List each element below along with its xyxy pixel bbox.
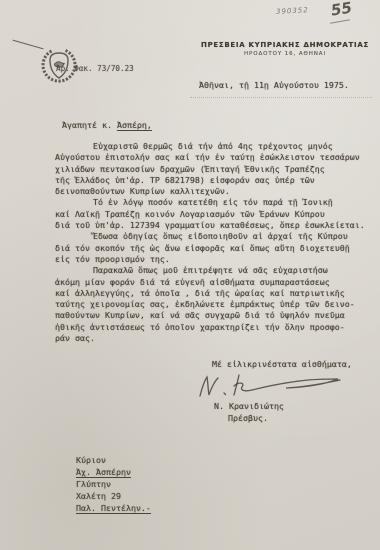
body-line: Αὐγούστου ἐπιστολήν σας καί τήν ἐν ταύτῃ… (55, 152, 370, 163)
body-line: Ἔδωσα ὁδηγίας ὅπως εἰδοποιηθοῦν αἱ ἀρχαί… (55, 231, 370, 242)
address-line: Ἀχ. Ἀσπέρην (76, 466, 151, 478)
signer-name: Ν. Κρανιδιώτης (214, 401, 284, 411)
body-line: Παρακαλῶ ὅπως μοῦ ἐπιτρέψητε νά σᾶς εὐχα… (55, 265, 370, 276)
page-number: 55 (330, 0, 353, 20)
body-line: χιλιάδων πεντακοσίων δραχμῶν (Ἐπιταγή Ἐθ… (55, 164, 370, 175)
scanned-letter-page: 390352 55 ΠΡΕΣΒΕΙΑ ΚΥΠΡΙΑΚΗΣ ΔΗΜΟΚΡΑΤΙΑΣ… (0, 0, 380, 550)
body-line: τῆς Ἑλλάδος ὑπ'ἀρ. ΤΡ 6821798) εἰσφοράν … (55, 175, 370, 186)
body-line: Εὐχαριστῶ θερμῶς διά τήν ἀπό 4ης τρέχοντ… (55, 141, 370, 152)
letterhead-organization: ΠΡΕΣΒΕΙΑ ΚΥΠΡΙΑΚΗΣ ΔΗΜΟΚΡΑΤΙΑΣ (198, 41, 372, 49)
body-line: καί ἀλληλεγγύης, τά ὁποῖα , διά τῆς ὡραί… (55, 288, 370, 299)
body-paragraph: Τό ἐν λόγῳ ποσόν κατετέθη εἰς τόν παρά τ… (55, 197, 370, 231)
greeting-name: Ἀσπέρη, (117, 120, 152, 130)
address-line: Κύριον (76, 454, 151, 466)
body-line: ταύτης χειρονομίας σας, ἐκδηλώνετε ἐμπρά… (55, 299, 370, 310)
dateline: Ἀθῆναι, τῇ 11ῃ Αὐγούστου 1975. (199, 80, 349, 90)
body-line: δεινοπαθούντων Κυπρίων καλλιτεχνῶν. (55, 186, 370, 197)
body-line: ἠθικῆς ἀντιστάσεως τό ὁποῖον χαρακτηρίζε… (55, 322, 370, 333)
body-paragraph: Εὐχαριστῶ θερμῶς διά τήν ἀπό 4ης τρέχοντ… (55, 141, 370, 197)
greeting: Ἀγαπητέ κ. Ἀσπέρη, (62, 120, 152, 130)
valediction: Μέ εἰλικρινέστατα αἰσθήματα, (212, 359, 352, 369)
body-line: ράν σας. (55, 333, 370, 344)
address-line: Γλύπτην (76, 478, 151, 490)
handwritten-signature-icon (192, 370, 352, 402)
address-line: Παλ. Πεντέλην.- (76, 502, 151, 514)
scan-artifact-line (190, 97, 372, 98)
archive-number: 390352 (276, 6, 309, 16)
body-line: Τό ἐν λόγῳ ποσόν κατετέθη εἰς τόν παρά τ… (55, 197, 370, 208)
body-line: παθούντων Κυπρίων, καί νά σᾶς συγχαρῶ δι… (55, 310, 370, 321)
body-line: διά τοῦ ὑπ'ἀρ. 127394 γραμματίου καταθέσ… (55, 220, 370, 231)
body-paragraph: Ἔδωσα ὁδηγίας ὅπως εἰδοποιηθοῦν αἱ ἀρχαί… (55, 231, 370, 265)
pen-underline-mark (330, 19, 350, 23)
signer-title: Πρέσβυς. (228, 413, 268, 423)
greeting-prefix: Ἀγαπητέ κ. (62, 120, 117, 130)
body-line: διά τόν σκοπόν τῆς ὡς ἄνω εἰσφορᾶς καί ὅ… (55, 243, 370, 254)
body-line: εἰς τόν προορισμόν της. (55, 254, 370, 265)
letter-body: Εὐχαριστῶ θερμῶς διά τήν ἀπό 4ης τρέχοντ… (55, 141, 370, 344)
recipient-address: ΚύριονἈχ. ἈσπέρηνΓλύπτηνΧαλέτη 29Παλ. Πε… (76, 454, 151, 514)
letterhead: ΠΡΕΣΒΕΙΑ ΚΥΠΡΙΑΚΗΣ ΔΗΜΟΚΡΑΤΙΑΣ ΗΡΟΔΟΤΟΥ … (198, 41, 372, 57)
pen-slash-mark (12, 40, 43, 50)
body-line: ἀκόμη μίαν φοράν διά τά εὐγενῆ αἰσθήματα… (55, 277, 370, 288)
body-line: καί Λαϊκῇ Τραπέζῃ κοινόν Λογαριασμόν τῶν… (55, 209, 370, 220)
body-paragraph: Παρακαλῶ ὅπως μοῦ ἐπιτρέψητε νά σᾶς εὐχα… (55, 265, 370, 344)
letterhead-address: ΗΡΟΔΟΤΟΥ 16, ΑΘΗΝΑΙ (198, 51, 372, 57)
address-line: Χαλέτη 29 (76, 490, 151, 502)
file-number: Ἀρ. Φακ. 73/70.23 (56, 64, 134, 73)
